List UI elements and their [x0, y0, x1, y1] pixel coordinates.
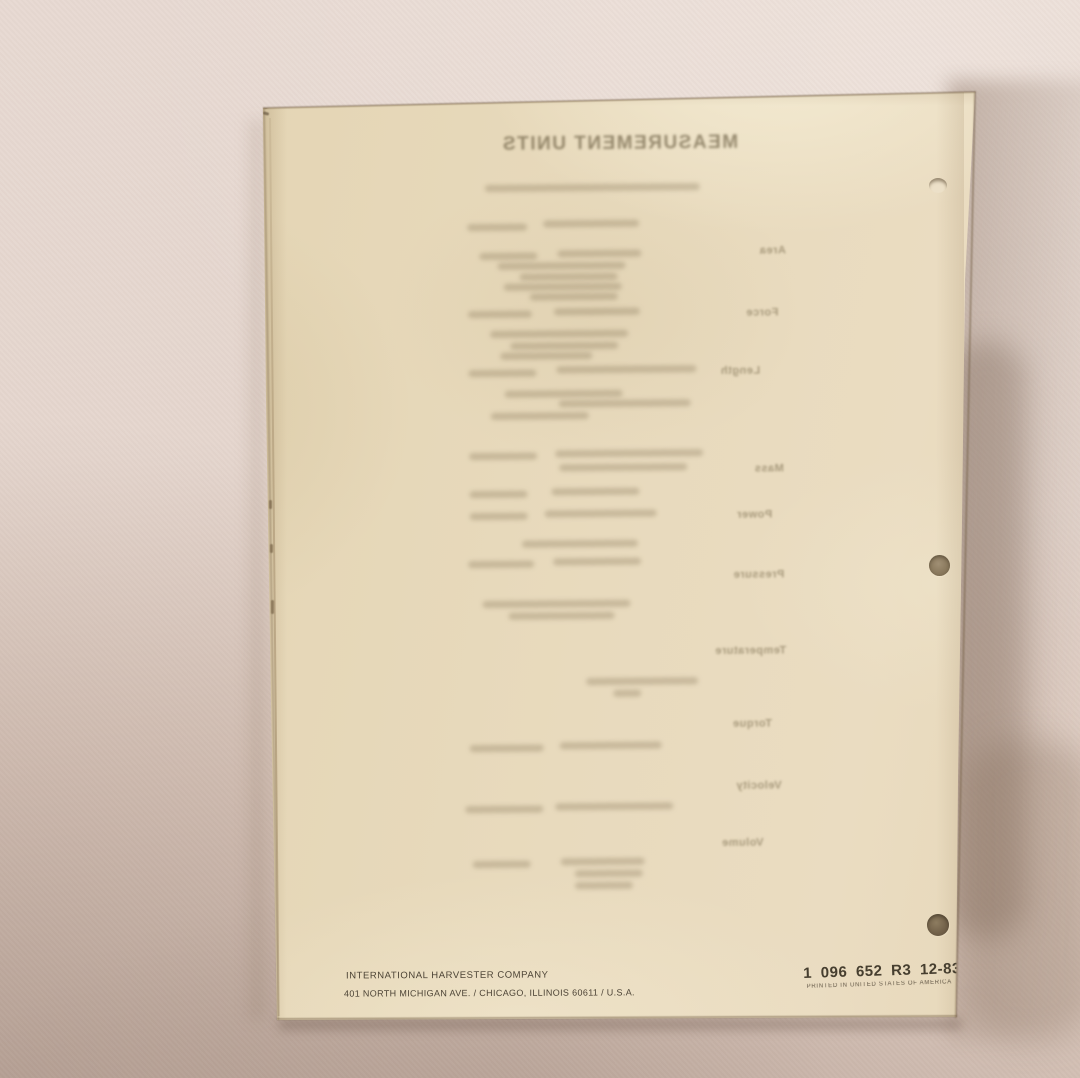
ghost-text-smudge [561, 858, 645, 866]
ghost-text-smudge [500, 352, 592, 360]
ghost-text-smudge [530, 293, 618, 301]
ghost-word-mass: Mass [754, 462, 784, 474]
ghost-text-smudge [551, 488, 639, 496]
ghost-text-smudge [505, 390, 623, 398]
ghost-word-torque: Torque [732, 718, 772, 730]
ghost-text-smudge [586, 677, 698, 685]
ghost-text-smudge [465, 806, 543, 814]
imprint-company-line: INTERNATIONAL HARVESTER COMPANY [346, 970, 549, 982]
ghost-text-smudge [468, 561, 534, 569]
ghost-text-smudge [468, 370, 536, 378]
ghost-text-smudge [557, 250, 641, 258]
ghost-text-smudge [497, 262, 625, 270]
ghost-text-smudge [469, 453, 537, 461]
ghost-text-smudge [575, 882, 633, 890]
ghost-text-smudge [613, 690, 641, 697]
ghost-text-smudge [559, 463, 687, 471]
ghost-word-length: Length [720, 365, 760, 377]
ghost-text-smudge [468, 311, 532, 319]
ghost-word-velocity: Velocity [736, 779, 782, 791]
ghost-word-volume: Volume [722, 837, 764, 849]
wall-shadow-right-lower [965, 740, 1080, 1040]
ghost-text-smudge [520, 273, 618, 281]
ghost-text-smudge [469, 491, 527, 499]
ghost-word-power: Power [737, 508, 773, 520]
ghost-word-pressure: Pressure [733, 568, 784, 580]
ghost-text-smudge [555, 802, 673, 810]
ghost-text-smudge [543, 220, 639, 228]
ghost-text-smudge [470, 513, 528, 521]
photo-frame: MEASUREMENT UNITS AreaForceLengthMassPow… [0, 0, 1080, 1078]
ghost-text-smudge [482, 600, 630, 608]
ghost-text-smudge [470, 744, 544, 752]
ghost-text-smudge [467, 224, 527, 232]
page-cast-shadow-bottom [278, 1018, 962, 1030]
manual-back-cover: MEASUREMENT UNITS AreaForceLengthMassPow… [0, 0, 1080, 1078]
ghost-word-temperature: Temperature [715, 644, 786, 657]
ghost-text-smudge [553, 558, 641, 566]
ghost-text-smudge [473, 861, 531, 869]
ghost-text-smudge [555, 449, 703, 457]
ghost-text-smudge [554, 308, 640, 316]
ghost-text-smudge [510, 342, 618, 350]
print-code-block: 1 096 652 R3 12-83 PRINTED IN UNITED STA… [803, 960, 961, 990]
ghost-words-layer: AreaForceLengthMassPowerPressureTemperat… [0, 0, 1075, 5]
ghost-lines-layer [0, 0, 1075, 5]
ghost-word-force: Force [746, 306, 779, 318]
ghost-text-smudge [509, 612, 615, 620]
ghost-text-smudge [522, 540, 638, 548]
ghost-title-measurement-units: MEASUREMENT UNITS [501, 132, 738, 156]
ghost-text-smudge [556, 365, 696, 373]
ghost-text-smudge [479, 253, 537, 261]
wall-shadow-left [248, 120, 266, 1020]
ghost-text-smudge [491, 412, 589, 420]
bleed-through-layer: MEASUREMENT UNITS AreaForceLengthMassPow… [0, 0, 1080, 1078]
part-number: 1 096 652 R3 12-83 [803, 960, 961, 982]
punch-hole-bottom [927, 914, 949, 936]
ghost-text-smudge [559, 399, 691, 407]
ghost-text-smudge [545, 510, 657, 518]
imprint-address-line: 401 NORTH MICHIGAN AVE. / CHICAGO, ILLIN… [344, 987, 635, 998]
ghost-word-area: Area [759, 244, 786, 256]
ghost-text-smudge [490, 330, 628, 338]
ghost-text-smudge [560, 741, 662, 749]
ghost-text-smudge [575, 870, 643, 878]
ghost-text-smudge [504, 283, 622, 291]
punch-hole-middle [929, 555, 950, 576]
punch-hole-top [929, 178, 947, 193]
ghost-text-smudge [485, 183, 700, 192]
